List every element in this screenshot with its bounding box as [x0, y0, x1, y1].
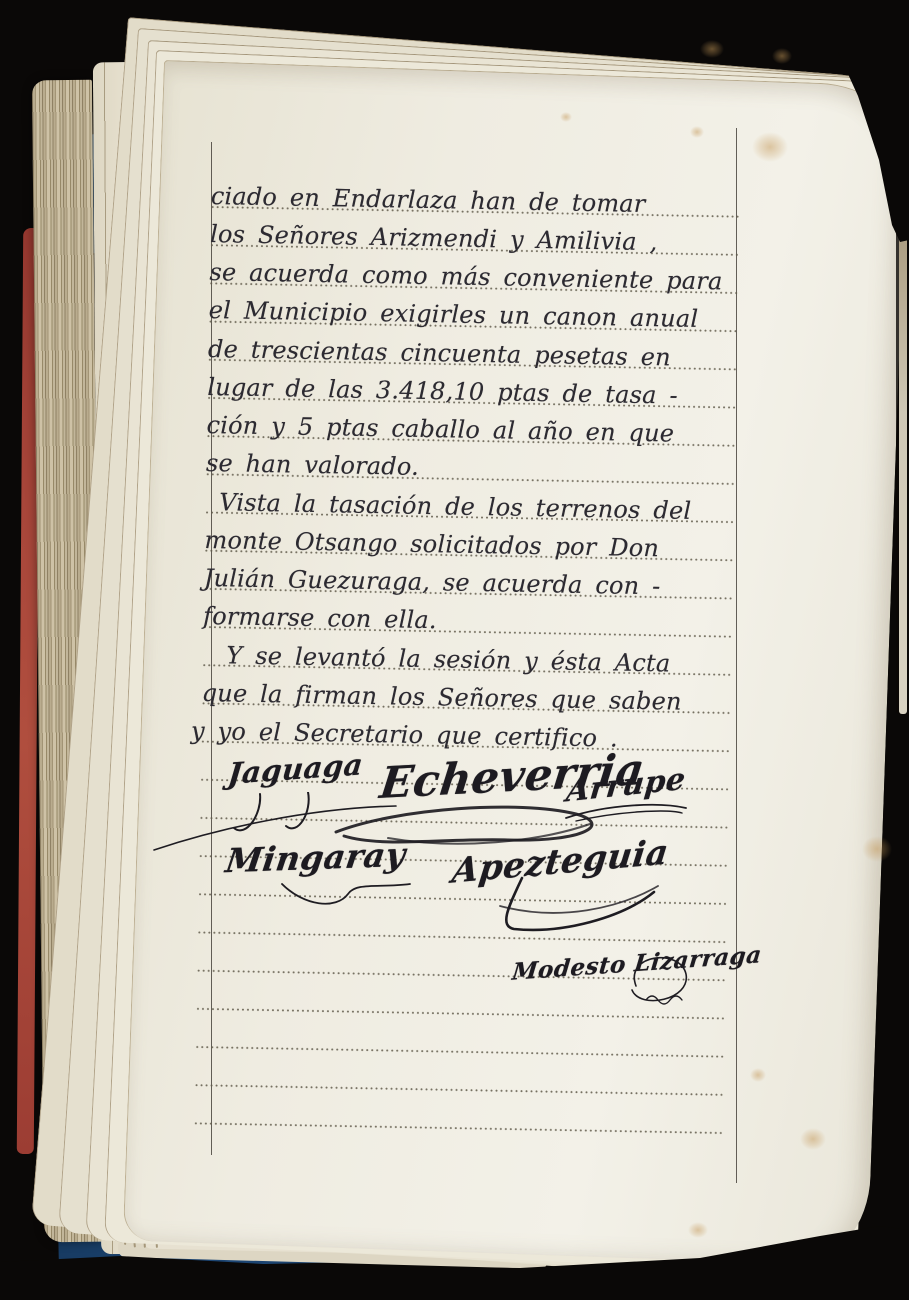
stain — [700, 40, 724, 58]
stain — [560, 112, 572, 122]
stain — [750, 1068, 766, 1082]
gutter-page-sliver — [899, 214, 907, 714]
handwritten-line: formarse con ella. — [203, 598, 733, 644]
signature-flourish — [278, 876, 418, 912]
stain — [772, 48, 792, 64]
stain — [862, 836, 892, 862]
signature-flourish — [438, 876, 668, 938]
stain — [800, 1128, 826, 1150]
stain — [752, 132, 788, 162]
stain — [688, 1222, 708, 1238]
signature-flourish — [560, 800, 692, 826]
stain — [690, 126, 704, 138]
book-photo: ciado en Endarlaza han de tomar los Seño… — [0, 0, 909, 1300]
handwritten-line: se han valorado. — [206, 445, 736, 491]
handwritten-line: el Municipio exigirles un canon anual — [208, 292, 738, 338]
signature-flourish — [592, 948, 712, 1018]
